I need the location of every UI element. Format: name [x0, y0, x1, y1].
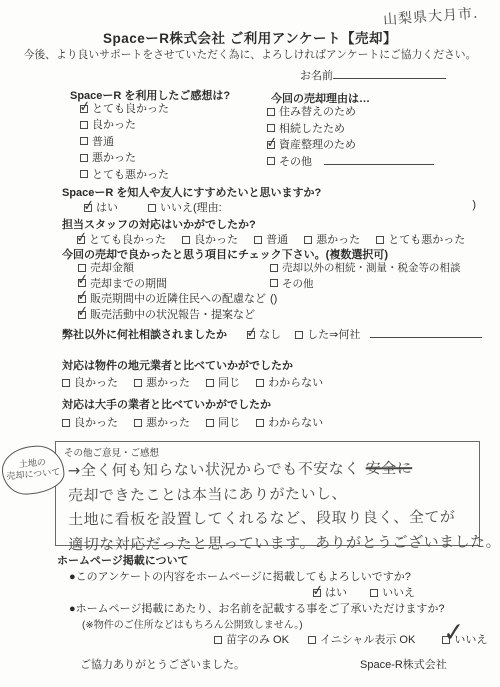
option-label: 売却以外の相続・測量・税金等の相談 — [282, 262, 461, 274]
checkbox-option[interactable]: 同じ — [206, 417, 240, 429]
checkbox[interactable] — [62, 379, 70, 387]
checkbox[interactable] — [256, 379, 264, 387]
other-reason-input-line[interactable] — [324, 155, 434, 165]
homepage-q2: ●ホームページ掲載にあたり、お名前を記載する事をご了承いただけますか? — [69, 600, 445, 616]
survey-page: 山梨県大月市. SpaceーR株式会社 ご利用アンケート【売却】 今後、より良い… — [0, 0, 500, 687]
question-vs-major: 対応は大手の業者と比べていかがでしたか — [62, 396, 271, 412]
checkbox[interactable] — [267, 124, 275, 132]
checkbox[interactable] — [214, 636, 222, 644]
option-label: 苗字のみ OK — [226, 634, 289, 646]
checkbox-option[interactable]: とても良かった — [77, 234, 166, 246]
option-label: はい — [325, 587, 347, 599]
comments-label: その他ご意見・ご感想 — [64, 445, 159, 459]
question-good-points: 今回の売却で良かったと思う項目にチェック下さい。(複数選択可) — [62, 246, 388, 262]
checkbox-option[interactable]: なし — [247, 329, 281, 341]
checkbox-option[interactable]: 普通 — [80, 134, 169, 150]
option-label: わからない — [268, 417, 323, 429]
checkbox[interactable] — [442, 636, 450, 644]
option-label: その他 — [279, 156, 312, 168]
checkbox[interactable] — [304, 236, 312, 244]
option-label: 良かった — [74, 377, 118, 389]
homepage-heading: ホームページ掲載について — [57, 552, 189, 568]
option-label: 悪かった — [146, 377, 190, 389]
checkbox-option[interactable]: 住み替えのため — [267, 104, 434, 121]
checkbox-option[interactable]: 相続したため — [267, 121, 434, 138]
question-staff: 担当スタッフの対応はいかがでしたか? — [62, 216, 256, 232]
checkbox-option[interactable]: イニシャル表示 OK — [308, 634, 415, 646]
checkbox[interactable] — [308, 636, 316, 644]
footer-company: Space-R株式会社 — [360, 656, 447, 672]
paren-close: ) — [274, 293, 278, 305]
option-label: いいえ — [382, 587, 415, 599]
checkbox-option[interactable]: 悪かった — [134, 417, 190, 429]
comment-line: 土地に看板を設置してくれるなど、段取り良く、全てが — [68, 505, 500, 533]
checkbox-option[interactable]: 悪かった — [134, 377, 190, 389]
checkbox[interactable] — [80, 137, 88, 145]
company-count-input-line[interactable] — [370, 328, 482, 338]
option-label: わからない — [268, 377, 323, 389]
checkbox-option[interactable]: その他 — [267, 154, 434, 171]
checkbox-option[interactable]: いいえ — [442, 634, 487, 646]
option-label: 悪かった — [146, 417, 190, 429]
footer-thanks: ご協力ありがとうございました。 — [80, 656, 245, 672]
checkbox[interactable] — [256, 419, 264, 427]
checkbox[interactable] — [270, 279, 278, 287]
option-label: とても良かった — [92, 103, 169, 115]
checkbox-option[interactable]: いいえ(理由: — [148, 199, 222, 215]
vs-major-options: 良かった 悪かった 同じ わからない — [62, 414, 336, 430]
checkbox-option[interactable]: 良かった — [182, 234, 238, 246]
impression-options: とても良かった 良かった 普通 悪かった とても悪かった — [80, 101, 169, 183]
name-field-row: お名前 — [300, 67, 446, 83]
comments-box[interactable]: その他ご意見・ご感想 →全く何も知らない状況からでも不安なく安全に 売却できたこ… — [55, 441, 480, 546]
checkbox-option[interactable]: 普通 — [254, 234, 288, 246]
homepage-q2-note: (※物件のご住所などはもちろん公開致しません。) — [82, 616, 303, 631]
comment-line: 売却できたことは本当にありがたいし、 — [68, 480, 500, 508]
name-label: お名前 — [300, 70, 333, 82]
vs-local-options: 良かった 悪かった 同じ わからない — [62, 374, 336, 390]
checkbox[interactable] — [84, 204, 92, 212]
option-label: とても良かった — [89, 234, 166, 246]
checkbox-option[interactable]: 悪かった — [80, 150, 169, 166]
checkbox[interactable] — [80, 170, 88, 178]
option-label: 良かった — [92, 119, 136, 131]
page-subtitle: 今後、より良いサポートをさせていただく為に、よろしければアンケートにご協力くださ… — [0, 47, 500, 62]
option-label: とても悪かった — [92, 169, 169, 181]
checkbox[interactable] — [148, 204, 156, 212]
checkbox[interactable] — [62, 419, 70, 427]
option-label: 悪かった — [316, 234, 360, 246]
option-label: した⇒何社 — [307, 329, 360, 341]
option-label: 販売活動中の状況報告・提案など — [90, 309, 255, 321]
checkbox-option[interactable]: 販売活動中の状況報告・提案など — [78, 308, 266, 324]
checkbox[interactable] — [134, 419, 142, 427]
paren-close: ) — [472, 199, 476, 215]
checkbox[interactable] — [78, 311, 86, 319]
checkbox-option[interactable]: 資産整理のため — [267, 137, 434, 154]
checkbox[interactable] — [206, 379, 214, 387]
question-vs-local: 対応は物件の地元業者と比べていかがでしたか — [62, 357, 293, 373]
checkbox[interactable] — [295, 331, 303, 339]
sale-reason-options: 住み替えのため 相続したため 資産整理のため その他 — [267, 104, 434, 170]
option-label: 売却までの期間 — [90, 278, 167, 290]
checkbox-option[interactable]: はい — [313, 587, 347, 599]
checkbox[interactable] — [247, 331, 255, 339]
question-recommend: SpaceーR を知人や友人にすすめたいと思いますか? — [62, 184, 321, 200]
checkbox-option[interactable]: とても良かった — [80, 101, 169, 117]
checkbox-option[interactable]: とても悪かった — [80, 167, 169, 183]
option-label: 普通 — [92, 136, 114, 148]
checkbox-option[interactable]: した⇒何社 — [295, 329, 360, 341]
checkbox-option[interactable]: 売却までの期間 — [78, 277, 266, 293]
option-label: とても悪かった — [388, 234, 465, 246]
checkbox[interactable] — [376, 236, 384, 244]
option-label: なし — [259, 329, 281, 341]
checkbox-option[interactable]: 同じ — [206, 377, 240, 389]
page-title: SpaceーR株式会社 ご利用アンケート【売却】 — [0, 27, 500, 47]
checkbox-option[interactable]: はい — [84, 199, 118, 215]
option-label: 良かった — [194, 234, 238, 246]
option-label: はい — [96, 202, 118, 214]
handwritten-location-note: 山梨県大月市. — [382, 3, 479, 30]
option-label: いいえ(理由: — [160, 202, 222, 214]
comment-line: →全く何も知らない状況からでも不安なく安全に — [68, 455, 500, 483]
name-input-line[interactable] — [333, 69, 446, 79]
option-label: イニシャル表示 OK — [320, 634, 415, 646]
checkbox[interactable] — [313, 589, 321, 597]
option-label: 普通 — [266, 234, 288, 246]
other-write-in-parens[interactable]: () — [270, 292, 448, 308]
homepage-q1-options: はい いいえ — [313, 584, 428, 600]
checkbox-option[interactable]: とても悪かった — [376, 234, 465, 246]
good-points-left-options: 売却金額 売却までの期間 販売期間中の近隣住民への配慮など 販売活動中の状況報告… — [78, 261, 266, 324]
checkbox-option[interactable]: 良かった — [62, 377, 118, 389]
comment-text: 土地に看板を設置してくれるなど、段取り良く、全てが — [68, 508, 455, 529]
option-label: 資産整理のため — [279, 139, 356, 151]
checkbox-option[interactable]: 苗字のみ OK — [214, 634, 289, 646]
option-label: 相続したため — [279, 123, 345, 135]
recommend-options: はい いいえ(理由: ) — [84, 199, 476, 215]
checkbox-option[interactable]: 悪かった — [304, 234, 360, 246]
option-label: 同じ — [218, 417, 240, 429]
checkbox-option[interactable]: 売却以外の相続・測量・税金等の相談 — [270, 261, 461, 277]
homepage-q2-options: 苗字のみ OK イニシャル表示 OK いいえ — [214, 631, 500, 647]
checkbox-option[interactable]: その他 — [270, 277, 461, 293]
homepage-q1: ●このアンケートの内容をホームページに掲載してもよろしいですか? — [69, 568, 411, 584]
checkbox[interactable] — [270, 264, 278, 272]
comment-text: 適切な対応だったと思っています。ありがとうございました。 — [68, 532, 500, 553]
checkbox[interactable] — [370, 589, 378, 597]
option-label: 住み替えのため — [279, 106, 356, 118]
checkbox-option[interactable]: わからない — [256, 377, 323, 389]
option-label: 売却金額 — [90, 262, 134, 274]
checkbox[interactable] — [80, 154, 88, 162]
question-consulted: 弊社以外に何社相談されましたか — [62, 329, 227, 341]
checkbox[interactable] — [80, 105, 88, 113]
checkbox-option[interactable]: いいえ — [370, 587, 415, 599]
option-label: 良かった — [74, 417, 118, 429]
margin-note-line: 売却について — [6, 468, 61, 484]
good-points-right-options: 売却以外の相続・測量・税金等の相談 その他 () — [270, 261, 461, 308]
option-label: 販売期間中の近隣住民への配慮など — [90, 293, 266, 305]
checkbox[interactable] — [206, 419, 214, 427]
struck-text: 安全に — [366, 459, 413, 477]
checkbox[interactable] — [254, 236, 262, 244]
option-label: 悪かった — [92, 152, 136, 164]
consulted-row: 弊社以外に何社相談されましたか なし した⇒何社 — [62, 326, 482, 342]
checkbox-option[interactable]: わからない — [256, 417, 323, 429]
handwritten-comments: →全く何も知らない状況からでも不安なく安全に 売却できたことは本当にありがたいし… — [68, 455, 500, 556]
arrow-mark: → — [68, 461, 81, 479]
checkbox-option[interactable]: 良かった — [80, 117, 169, 133]
checkbox[interactable] — [267, 157, 275, 165]
checkbox[interactable] — [267, 108, 275, 116]
checkbox[interactable] — [134, 379, 142, 387]
checkbox-option[interactable]: 良かった — [62, 417, 118, 429]
staff-options: とても良かった 良かった 普通 悪かった とても悪かった — [77, 231, 478, 247]
checkbox[interactable] — [267, 141, 275, 149]
checkbox[interactable] — [182, 236, 190, 244]
checkbox-option[interactable]: 販売期間中の近隣住民への配慮など — [78, 292, 266, 308]
checkbox[interactable] — [77, 236, 85, 244]
checkbox[interactable] — [80, 121, 88, 129]
comment-text: 全く何も知らない状況からでも不安なく — [81, 459, 360, 479]
comment-text: 売却できたことは本当にありがたいし、 — [68, 484, 347, 504]
reason-write-in-space[interactable] — [235, 199, 473, 215]
option-label: 同じ — [218, 377, 240, 389]
checkbox-option[interactable]: 売却金額 — [78, 261, 266, 277]
option-label: その他 — [282, 278, 314, 290]
